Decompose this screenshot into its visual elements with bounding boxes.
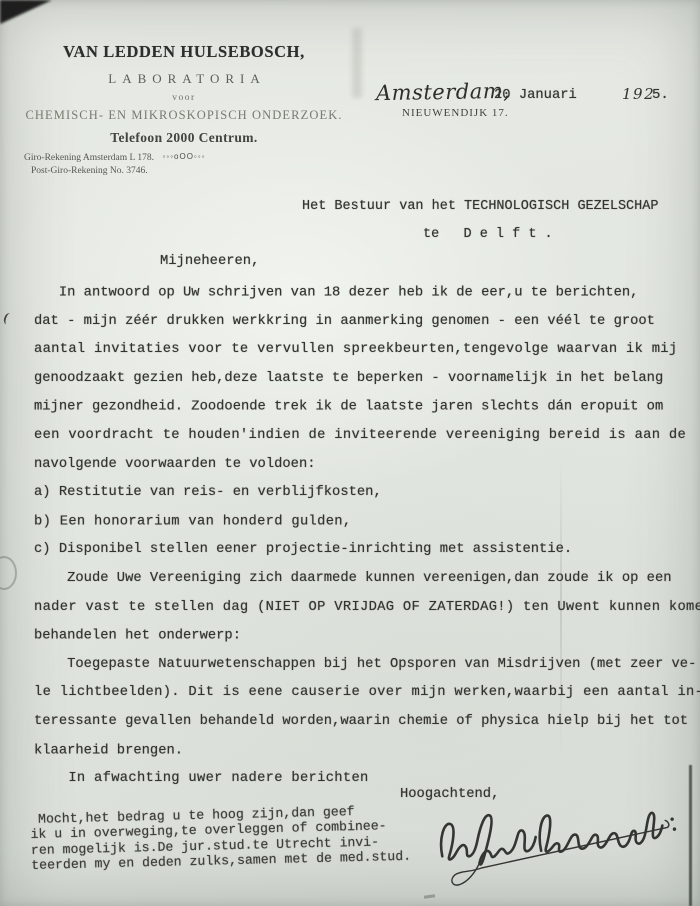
- letterhead-voor: voor: [18, 94, 350, 104]
- street-line: NIEUWENDIJK 17.: [402, 107, 509, 119]
- body-line: le lichtbeelden). Dit is eene causerie o…: [34, 679, 700, 708]
- postscript: Mocht,het bedrag u te hoog zijn,dan geef…: [30, 803, 411, 873]
- letter-body: In antwoord op Uw schrijven van 18 dezer…: [34, 279, 700, 794]
- postgiro-line: Post-Giro-Rekening No. 3746.: [24, 165, 154, 178]
- salutation: Mijneheeren,: [160, 254, 259, 269]
- company-name: VAN LEDDEN HULSEBOSCH,: [18, 44, 350, 61]
- giro-block: Giro-Rekening Amsterdam L 178. Post-Giro…: [24, 152, 154, 178]
- letter-page: VAN LEDDEN HULSEBOSCH, LABORATORIA voor …: [0, 0, 700, 906]
- giro-line: Giro-Rekening Amsterdam L 178.: [24, 152, 154, 165]
- recipient-line-2: te D e l f t .: [423, 227, 553, 242]
- city-script: Amsterdam,: [376, 79, 511, 105]
- ink-speck: [2, 312, 14, 326]
- body-line: Zoude Uwe Vereeniging zich daarmede kunn…: [34, 565, 700, 594]
- body-line: een voordracht te houden'indien de invit…: [34, 422, 700, 451]
- letterhead-field: CHEMISCH- EN MIKROSKOPISCH ONDERZOEK.: [18, 109, 350, 122]
- body-line: nader vast te stellen dag (NIET OP VRIJD…: [34, 594, 700, 623]
- letterhead-phone: Telefoon 2000 Centrum.: [18, 131, 350, 145]
- body-line-condition-c: c) Disponibel stellen eener projectie-in…: [34, 536, 700, 565]
- body-line: In antwoord op Uw schrijven van 18 dezer…: [34, 279, 700, 308]
- ink-speck: [0, 556, 17, 590]
- body-line: dat - mijn zéér drukken werkkring in aan…: [34, 308, 700, 337]
- body-line: aantal invitaties voor te vervullen spre…: [34, 336, 700, 365]
- letterhead: VAN LEDDEN HULSEBOSCH, LABORATORIA voor …: [18, 44, 350, 161]
- date-typed: 20 Januari: [494, 88, 577, 103]
- recipient-line-1: Het Bestuur van het TECHNOLOGISCH GEZELS…: [302, 199, 658, 214]
- year-typed: 5.: [652, 87, 669, 103]
- body-line: genoodzaakt gezien heb,deze laatste te b…: [34, 365, 700, 394]
- body-line-condition-b: b) Een honorarium van honderd gulden,: [34, 508, 700, 537]
- body-line: klaarheid brengen.: [34, 737, 700, 766]
- scan-smudge: [352, 28, 362, 98]
- letterhead-laboratoria: LABORATORIA: [18, 72, 350, 85]
- body-line: Toegepaste Natuurwetenschappen bij het O…: [34, 651, 700, 680]
- body-line: navolgende voorwaarden te voldoen:: [34, 451, 700, 480]
- year-printed: 192: [622, 85, 655, 103]
- body-line: teressante gevallen behandeld worden,waa…: [34, 708, 700, 737]
- scan-corner-artifact: [0, 0, 52, 24]
- body-line: mijner gezondheid. Zoodoende trek ik de …: [34, 394, 700, 423]
- body-line: behandelen het onderwerp:: [34, 623, 700, 652]
- signature-handwriting: [428, 790, 700, 902]
- body-line-condition-a: a) Restitutie van reis- en verblijfkoste…: [34, 479, 700, 508]
